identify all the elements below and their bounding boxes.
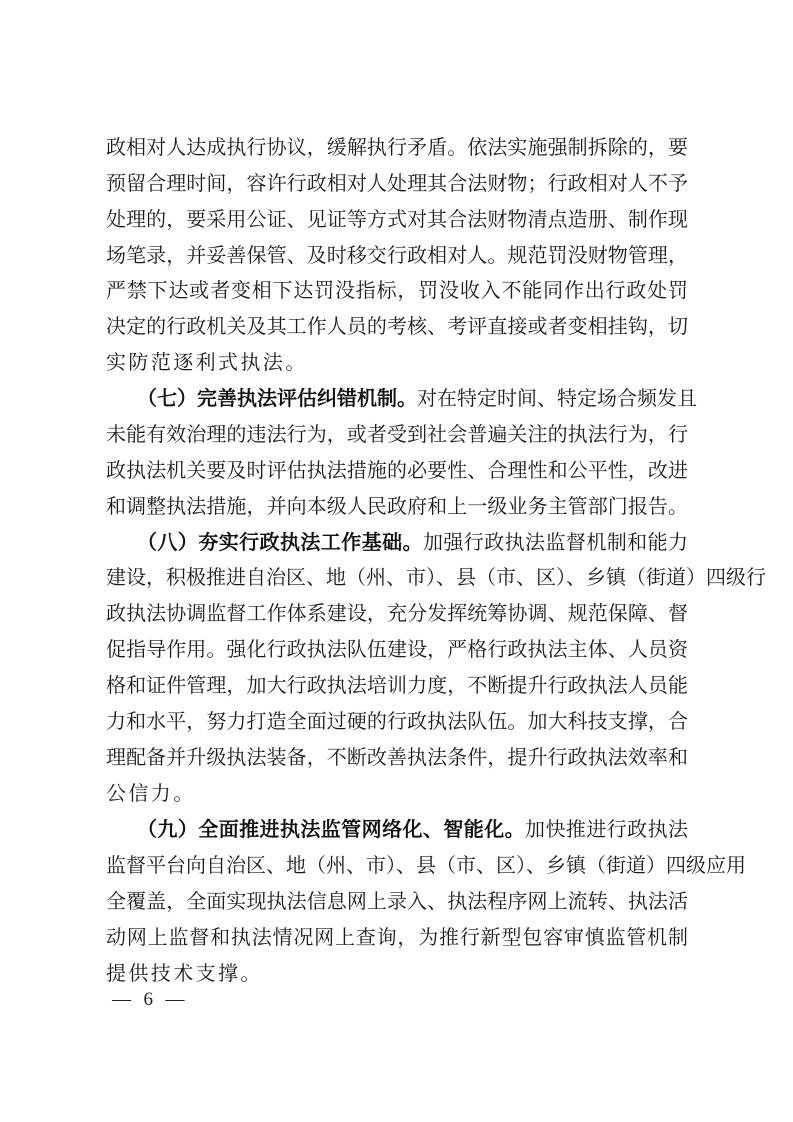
text-line: 政执法机关要及时评估执法措施的必要性、合理性和公平性，改进	[106, 455, 688, 485]
section-9-first-line: （九）全面推进执法监管网络化、智能化。加快推进行政执法	[137, 814, 688, 844]
section-7-first-line: （七）完善执法评估纠错机制。对在特定时间、特定场合频发且	[137, 383, 688, 413]
text-line: 全覆盖，全面实现执法信息网上录入、执法程序网上流转、执法活	[106, 886, 688, 916]
text-line: 公信力。	[106, 778, 688, 808]
text-line: 格和证件管理，加大行政执法培训力度，不断提升行政执法人员能	[106, 670, 688, 700]
text-run: 加快推进行政执法	[525, 817, 688, 841]
section-heading-7: （七）完善执法评估纠错机制。	[137, 386, 417, 410]
text-line: 建设，积极推进自治区、地（州、市）、县（市、区）、乡镇（街道）四级行	[106, 562, 688, 592]
text-line: 政相对人达成执行协议，缓解执行矛盾。依法实施强制拆除的，要	[106, 132, 688, 162]
text-line: 实防范逐利式执法。	[106, 347, 688, 377]
text-line: 促指导作用。强化行政执法队伍建设，严格行政执法主体、人员资	[106, 634, 688, 664]
text-line: 理配备并升级执法装备，不断改善执法条件，提升行政执法效率和	[106, 742, 688, 772]
text-line: 力和水平，努力打造全面过硬的行政执法队伍。加大科技支撑，合	[106, 706, 688, 736]
text-line: 政执法协调监督工作体系建设，充分发挥统筹协调、规范保障、督	[106, 598, 688, 628]
text-line: 处理的，要采用公证、见证等方式对其合法财物清点造册、制作现	[106, 204, 688, 234]
text-line: 未能有效治理的违法行为，或者受到社会普遍关注的执法行为，行	[106, 419, 688, 449]
text-line: 严禁下达或者变相下达罚没指标，罚没收入不能同作出行政处罚	[106, 275, 688, 305]
text-line: 预留合理时间，容许行政相对人处理其合法财物；行政相对人不予	[106, 168, 688, 198]
section-8-first-line: （八）夯实行政执法工作基础。加强行政执法监督机制和能力	[137, 527, 688, 557]
section-heading-8: （八）夯实行政执法工作基础。	[137, 530, 423, 554]
text-line: 监督平台向自治区、地（州、市）、县（市、区）、乡镇（街道）四级应用	[106, 850, 688, 880]
text-line: 提供技术支撑。	[106, 958, 688, 988]
text-line: 动网上监督和执法情况网上查询，为推行新型包容审慎监管机制	[106, 922, 688, 952]
text-run: 加强行政执法监督机制和能力	[423, 530, 688, 554]
text-line: 和调整执法措施，并向本级人民政府和上一级业务主管部门报告。	[106, 491, 688, 521]
section-heading-9: （九）全面推进执法监管网络化、智能化。	[137, 817, 525, 841]
text-run: 对在特定时间、特定场合频发且	[417, 386, 697, 410]
page-number: — 6 —	[112, 987, 186, 1013]
document-page: 政相对人达成执行协议，缓解执行矛盾。依法实施强制拆除的，要 预留合理时间，容许行…	[0, 0, 793, 1122]
text-line: 决定的行政机关及其工作人员的考核、考评直接或者变相挂钩，切	[106, 311, 688, 341]
text-line: 场笔录，并妥善保管、及时移交行政相对人。规范罚没财物管理，	[106, 240, 688, 270]
